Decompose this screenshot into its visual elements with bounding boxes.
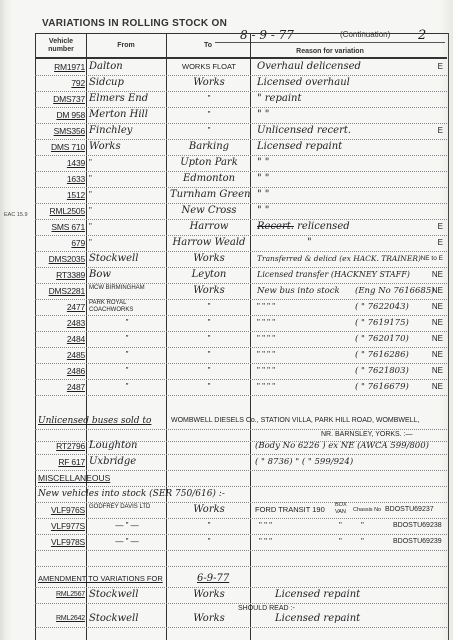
form-title: VARIATIONS IN ROLLING STOCK ON (42, 18, 227, 29)
table-row: RML2505 " New Cross " " (35, 203, 447, 220)
vehicle-number: VLF976S (37, 502, 85, 518)
from-location: " (89, 347, 165, 363)
vehicle-number: SMS356 (37, 123, 85, 139)
body-detail: ( " 8736) " ( " 599/924) (255, 454, 353, 470)
reason: Licensed overhaul (257, 75, 427, 91)
reason: Recert. relicensed (257, 219, 427, 235)
to-location: " (170, 91, 248, 107)
engine-number: ( " 7621803) (355, 363, 409, 379)
vehicle-number: 792 (37, 75, 85, 91)
from-location: Sidcup (89, 75, 165, 91)
table-row: 2487 " " " " " " ( " 7616679) NE (35, 379, 447, 396)
vehicle-number: 679 (37, 235, 85, 251)
to-location: " (170, 534, 248, 550)
vehicle-number: RT3389 (37, 267, 85, 283)
to-location: " (170, 107, 248, 123)
table-row: RT2796 Loughton (Body No 6226 ) ex NE (A… (35, 438, 447, 455)
chassis-label: " (361, 518, 364, 534)
from-location: " (89, 331, 165, 347)
margin-note: EAC 15.9 (4, 212, 28, 218)
vehicle-number: 1633 (37, 171, 85, 187)
vehicle-model: FORD TRANSIT 190 (255, 502, 325, 518)
misc-intro-row: New vehicles into stock (SER 750/616) :- (35, 486, 447, 503)
reason: " " (257, 107, 427, 123)
to-location: Works (170, 75, 248, 91)
table-row: SMS 671 " Harrow Recert. relicensed E (35, 219, 447, 236)
from-location: — " — (89, 534, 165, 550)
status-code: NE (415, 315, 443, 331)
from-location: Elmers End (89, 91, 165, 107)
chassis-label: Chassis No (353, 502, 381, 518)
vehicle-number: SMS 671 (37, 219, 85, 235)
struck-text: Recert. (257, 221, 294, 232)
header-vehicle: Vehicle number (36, 38, 86, 54)
reason: " repaint (257, 91, 427, 107)
sold-intro: Unlicensed buses sold to (38, 413, 151, 429)
status-code: NE (415, 379, 443, 395)
to-location: Upton Park (170, 155, 248, 171)
reason: Licensed repaint (257, 139, 427, 155)
to-location: WORKS FLOAT (170, 59, 248, 75)
header-reason: Reason for variation (250, 48, 410, 56)
status-code: E (415, 123, 443, 139)
table-row: RM1971 Dalton WORKS FLOAT Overhaul delic… (35, 59, 447, 76)
reason: Licensed repaint (275, 587, 445, 603)
vehicle-number: RML2642 (37, 611, 85, 627)
vehicle-number: VLF977S (37, 518, 85, 534)
vehicle-number: DMS2281 (37, 283, 85, 299)
sold-heading-row: Unlicensed buses sold to WOMBWELL DIESEL… (35, 413, 447, 430)
reason: " " (257, 187, 427, 203)
vehicle-number: RML2567 (37, 587, 85, 603)
chassis-label: " (361, 534, 364, 550)
status-code: NE (415, 363, 443, 379)
table-row: 2483 " " " " " " ( " 7619175) NE (35, 315, 447, 332)
from-location: Finchley (89, 123, 165, 139)
reason: " " (257, 155, 427, 171)
reason: " " (257, 203, 427, 219)
status-code (415, 155, 443, 171)
from-location: Bow (89, 267, 165, 283)
vehicle-number: RT2796 (37, 438, 85, 454)
status-code (415, 91, 443, 107)
from-location: Merton Hill (89, 107, 165, 123)
table-row: DMS2281 MCW BIRMINGHAM Works New bus int… (35, 283, 447, 300)
table-row: VLF978S — " — " " " " " " BDOSTU69239 (35, 534, 447, 551)
vehicle-number: 1512 (37, 187, 85, 203)
blank-row (35, 550, 447, 567)
from-location: " (89, 235, 165, 251)
reason: Unlicensed recert. (257, 123, 427, 139)
status-code (415, 171, 443, 187)
to-location: New Cross (170, 203, 248, 219)
document-page: VARIATIONS IN ROLLING STOCK ON 8 - 9 - 7… (0, 0, 453, 640)
body-detail: (Body No 6226 ) ex NE (AWCA 599/800) (255, 438, 429, 454)
table-row: RF 617 Uxbridge ( " 8736) " ( " 599/924) (35, 454, 447, 471)
table-row: 1439 " Upton Park " " (35, 155, 447, 172)
status-code: NE (415, 299, 443, 315)
to-location: Works (170, 251, 248, 267)
reason: Licensed transfer (HACKNEY STAFF) (257, 267, 427, 283)
table-row: DMS 710 Works Barking Licensed repaint (35, 139, 447, 156)
status-code (415, 75, 443, 91)
vehicle-number: 2485 (37, 347, 85, 363)
status-code: NE to E (409, 251, 443, 267)
to-location: " (170, 518, 248, 534)
from-location: " (89, 219, 165, 235)
chassis-number: BDOSTU69237 (385, 502, 434, 518)
to-location: Leyton (170, 267, 248, 283)
to-location: Edmonton (170, 171, 248, 187)
misc-heading-row: MISCELLANEOUS (35, 470, 447, 487)
from-location: Loughton (89, 438, 165, 454)
to-location: " (170, 299, 248, 315)
from-location: " (89, 171, 165, 187)
from-location: " (89, 363, 165, 379)
amendment-date: 6-9-77 (197, 571, 229, 587)
table-row: 2477 PARK ROYAL COACHWORKS " " " " " ( "… (35, 299, 447, 316)
from-location: Stockwell (89, 611, 165, 627)
to-location: " (170, 379, 248, 395)
table-row: DMS2035 Stockwell Works Transferred & de… (35, 251, 447, 268)
status-code: E (415, 59, 443, 75)
from-location: " (89, 315, 165, 331)
reason: Overhaul delicensed (257, 59, 427, 75)
body-type: " (339, 534, 342, 550)
vehicle-number: RF 617 (37, 454, 85, 470)
misc-intro: New vehicles into stock (SER 750/616) :- (38, 486, 225, 502)
table-row: 792 Sidcup Works Licensed overhaul (35, 75, 447, 92)
table-row: 2486 " " " " " " ( " 7621803) NE (35, 363, 447, 380)
vehicle-number: DMS737 (37, 91, 85, 107)
status-code (415, 203, 443, 219)
table-row: SMS356 Finchley " Unlicensed recert. E (35, 123, 447, 140)
engine-number: ( " 7620170) (355, 331, 409, 347)
to-location: " (170, 347, 248, 363)
vehicle-number: 2477 (37, 299, 85, 315)
amendment-heading: AMENDMENT TO VARIATIONS FOR (38, 571, 163, 587)
chassis-number: BDOSTU69239 (393, 534, 442, 550)
misc-heading: MISCELLANEOUS (38, 470, 110, 486)
vehicle-number: 2484 (37, 331, 85, 347)
vehicle-model: " " " (259, 534, 272, 550)
to-location: " (170, 363, 248, 379)
from-location: " (89, 379, 165, 395)
status-code: E (415, 219, 443, 235)
to-location: " (170, 331, 248, 347)
reason-text: relicensed (294, 221, 350, 232)
vehicle-model: " " " (259, 518, 272, 534)
from-location: " (89, 203, 165, 219)
chassis-number: BDOSTU69238 (393, 518, 442, 534)
body-type: " (339, 518, 342, 534)
to-location: Harrow (170, 219, 248, 235)
engine-number: ( " 7616286) (355, 347, 409, 363)
reason: Transferred & delicd (ex HACK. TRAINER) (257, 251, 427, 267)
to-location: Works (170, 502, 248, 518)
vehicle-number: RML2505 (37, 203, 85, 219)
to-location: Works (170, 611, 248, 627)
status-code: NE (415, 283, 443, 299)
from-location: — " — (89, 518, 165, 534)
status-code: NE (415, 331, 443, 347)
table-row: RT3389 Bow Leyton Licensed transfer (HAC… (35, 267, 447, 284)
from-location: Stockwell (89, 251, 165, 267)
from-location: PARK ROYAL COACHWORKS (89, 300, 149, 316)
engine-number: ( " 7622043) (355, 299, 409, 315)
table-row: DMS737 Elmers End " " repaint (35, 91, 447, 108)
vehicle-number: RM1971 (37, 59, 85, 75)
to-location: Barking (170, 139, 248, 155)
status-code: E (415, 235, 443, 251)
status-code: NE (415, 267, 443, 283)
table-row: RML2642 Stockwell Works Licensed repaint (35, 611, 447, 628)
vehicle-number: VLF978S (37, 534, 85, 550)
to-location: Works (170, 587, 248, 603)
vehicle-number: DM 958 (37, 107, 85, 123)
buyer-address-line1: WOMBWELL DIESELS Co., STATION VILLA, PAR… (171, 413, 419, 429)
from-location: " (89, 155, 165, 171)
to-location: " (170, 123, 248, 139)
engine-number: ( " 7616679) (355, 379, 409, 395)
to-location: " (170, 315, 248, 331)
body-type: BOX VAN (335, 502, 349, 518)
from-location: Uxbridge (89, 454, 165, 470)
vehicle-number: DMS2035 (37, 251, 85, 267)
table-row: 1633 " Edmonton " " (35, 171, 447, 188)
table-row: 679 " Harrow Weald " E (35, 235, 447, 252)
header-to: To (166, 42, 250, 50)
from-location: Works (89, 139, 165, 155)
vehicle-number: 2486 (37, 363, 85, 379)
reason: " " (257, 171, 427, 187)
status-code (415, 139, 443, 155)
amendment-heading-row: AMENDMENT TO VARIATIONS FOR 6-9-77 (35, 571, 447, 588)
from-location: Dalton (89, 59, 165, 75)
vehicle-number: DMS 710 (37, 139, 85, 155)
vehicle-number: 2483 (37, 315, 85, 331)
vehicle-number: 2487 (37, 379, 85, 395)
table-row: 2484 " " " " " " ( " 7620170) NE (35, 331, 447, 348)
status-code (415, 187, 443, 203)
table-row: DM 958 Merton Hill " " " (35, 107, 447, 124)
table-row (35, 395, 447, 396)
to-location: Works (170, 283, 248, 299)
table-row: VLF977S — " — " " " " " " BDOSTU69238 (35, 518, 447, 535)
vehicle-number: 1439 (37, 155, 85, 171)
status-code (415, 107, 443, 123)
engine-number: ( " 7619175) (355, 315, 409, 331)
table-row: VLF976S GODFREY DAVIS LTD Works FORD TRA… (35, 502, 447, 519)
status-code: NE (415, 347, 443, 363)
header-from: From (86, 42, 166, 50)
from-location: Stockwell (89, 587, 165, 603)
table-row: 1512 " Turnham Green " " (35, 187, 447, 204)
to-location: Harrow Weald (170, 235, 248, 251)
from-location: " (89, 187, 165, 203)
reason: Licensed repaint (275, 611, 445, 627)
table-row: 2485 " " " " " " ( " 7616286) NE (35, 347, 447, 364)
to-location: Turnham Green (170, 187, 248, 203)
